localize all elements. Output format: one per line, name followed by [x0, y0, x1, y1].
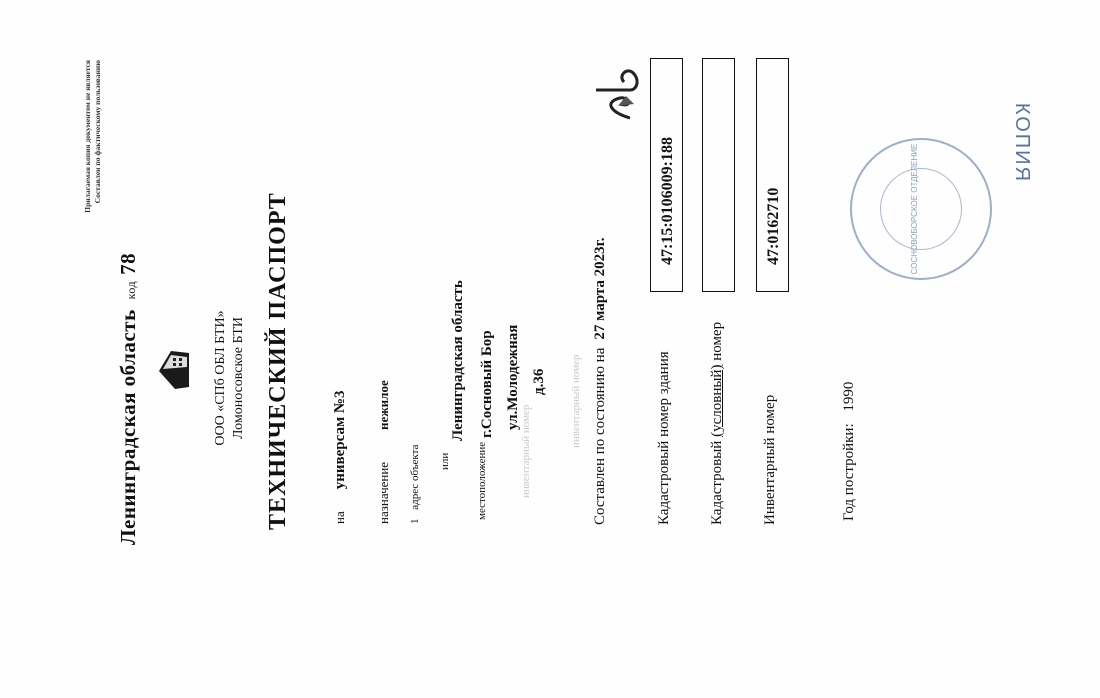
- purpose-value: нежилое: [377, 380, 390, 430]
- address-line-street: ул.Молодежная: [506, 325, 521, 430]
- inventory-field: 47:0162710: [756, 58, 789, 292]
- cadastral-conditional-label: Кадастровый (условный) номер: [710, 322, 725, 525]
- region-name: Ленинградская область: [116, 309, 140, 545]
- year-label: Год постройки:: [841, 423, 857, 521]
- address-label-row: 1 адрес объекта: [410, 445, 421, 524]
- disclaimer-line-1: Прилагаемая копия документом не является: [84, 60, 92, 213]
- signature-icon: [590, 56, 650, 126]
- round-stamp: СОСНОВОБОРСКОЕ ОТДЕЛЕНИЕ: [850, 138, 992, 280]
- compiled-label: Составлен по состоянию на: [592, 348, 608, 525]
- compiled-row: Составлен по состоянию на 27 марта 2023г…: [592, 237, 608, 525]
- address-label: адрес объекта: [409, 445, 421, 510]
- address-number: 1: [409, 519, 421, 525]
- address-line-city: г.Сосновый Бор: [480, 330, 495, 438]
- purpose-label: назначение: [377, 462, 390, 524]
- address-line-region: Ленинградская область: [451, 280, 466, 441]
- disclaimer-line-2: Составлен по фактическому пользованию: [94, 60, 102, 203]
- inventory-value: 47:0162710: [765, 188, 783, 265]
- bleed-through-text: инвентарный номер: [570, 355, 582, 448]
- address-line-house: д.36: [532, 369, 547, 395]
- year-row: Год постройки: 1990: [842, 382, 857, 521]
- object-name-row: на универсам №3: [332, 390, 348, 524]
- technical-passport-page: Прилагаемая копия документом не является…: [0, 0, 1100, 698]
- or-label: или: [440, 453, 451, 470]
- stamp-inner-ring: [880, 168, 962, 250]
- cadastral-label-part: номер: [709, 322, 725, 361]
- cadastral-conditional-field: [702, 58, 735, 292]
- year-value: 1990: [841, 382, 857, 412]
- region-header: Ленинградская областькод78: [118, 253, 139, 545]
- inventory-label: Инвентарный номер: [763, 395, 778, 525]
- bleed-through-text: инвентарный номер: [520, 405, 532, 498]
- organization-branch: Ломоносовское БТИ: [232, 298, 246, 458]
- bti-logo-icon: [155, 347, 193, 393]
- location-label: местоположение: [477, 442, 488, 520]
- cadastral-label-part: Кадастровый: [709, 441, 725, 525]
- cadastral-building-field: 47:15:0106009:188: [650, 58, 683, 292]
- cadastral-building-value: 47:15:0106009:188: [659, 137, 677, 265]
- compiled-date: 27 марта 2023г.: [592, 237, 608, 339]
- stamp-text: СОСНОВОБОРСКОЕ ОТДЕЛЕНИЕ: [910, 140, 919, 278]
- object-name: универсам №3: [332, 390, 348, 489]
- copy-mark: КОПИЯ: [1010, 103, 1033, 183]
- organization-name: ООО «СПб ОБЛ БТИ»: [214, 298, 228, 458]
- cadastral-building-label: Кадастровый номер здания: [657, 351, 672, 525]
- document-title: ТЕХНИЧЕСКИЙ ПАСПОРТ: [266, 192, 290, 530]
- on-label: на: [332, 511, 347, 524]
- code-label: код: [124, 281, 138, 299]
- code-value: 78: [116, 253, 140, 275]
- cadastral-label-conditional: (условный): [709, 365, 725, 437]
